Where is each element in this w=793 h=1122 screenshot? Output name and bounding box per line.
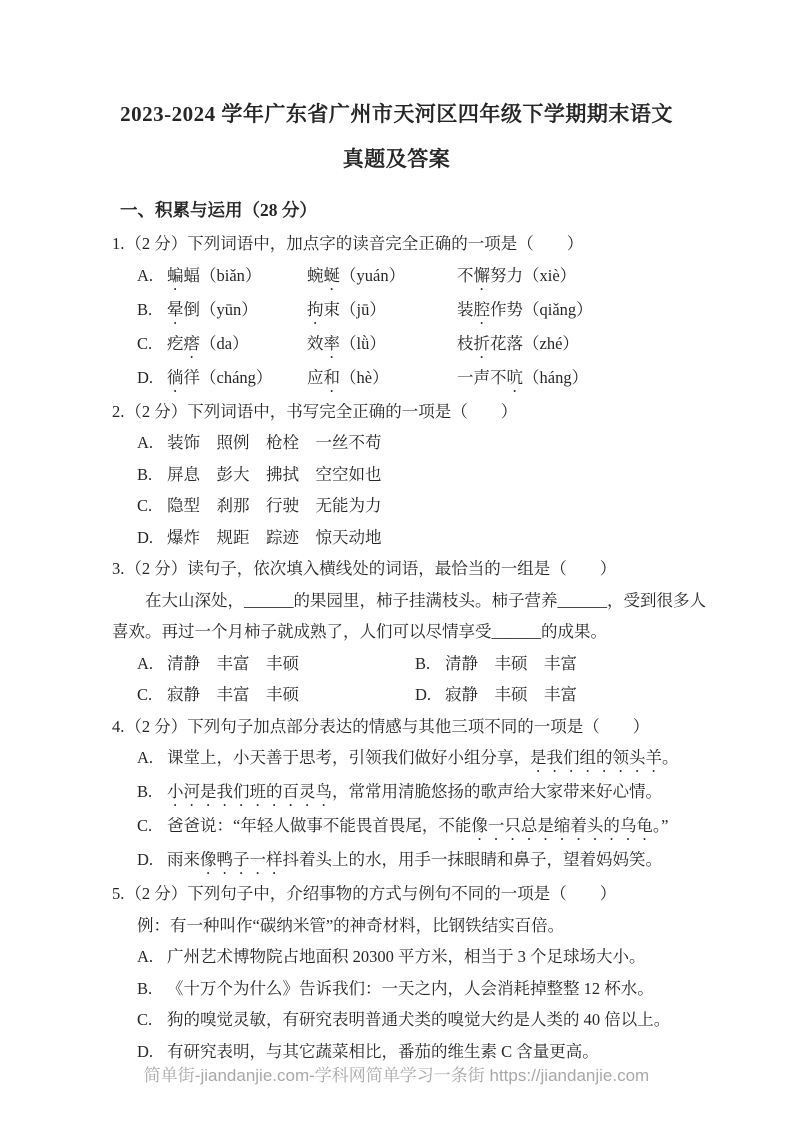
dotted-phrase: 像一只总是缩着头的乌龟 [471, 816, 653, 835]
option-label: D. [137, 844, 167, 878]
question-3-option-a: A.清静 丰富 丰硕 [137, 648, 415, 680]
option-label: C. [137, 490, 167, 522]
option-text: 屏息 彭大 拂拭 空空如也 [167, 459, 382, 491]
question-number: 3. [112, 559, 124, 578]
question-4-option-d: D.雨来像鸭子一样抖着头上的水，用手一抹眼睛和鼻子，望着妈妈笑。 [137, 844, 715, 878]
dotted-char: 吭 [507, 368, 524, 387]
question-2-option-b: B.屏息 彭大 拂拭 空空如也 [137, 459, 715, 491]
question-2-option-a: A.装饰 照例 枪栓 一丝不苟 [137, 427, 715, 459]
question-stem-text: （2 分）下列句子中，介绍事物的方式与例句不同的一项是（ ） [125, 884, 616, 903]
option-word-2: 应和（hè） [307, 362, 457, 396]
dotted-char: 瘩 [184, 334, 201, 353]
option-text: 广州艺术博物院占地面积 20300 平方米，相当于 3 个足球场大小。 [167, 941, 646, 973]
option-label: D. [415, 679, 445, 711]
question-number: 1. [112, 234, 124, 253]
option-label: B. [137, 294, 167, 328]
question-4-option-b: B.小河是我们班的百灵鸟，常常用清脆悠扬的歌声给大家带来好心情。 [137, 776, 715, 810]
dotted-phrase: 是我们组的领头羊 [530, 748, 662, 767]
question-stem-text: （2 分）读句子，依次填入横线处的词语，最恰当的一组是（ ） [125, 559, 616, 578]
option-label: A. [137, 260, 167, 294]
option-label: D. [137, 1036, 167, 1068]
question-3-option-d: D.寂静 丰硕 丰富 [415, 679, 715, 711]
option-text: 雨来像鸭子一样抖着头上的水，用手一抹眼睛和鼻子，望着妈妈笑。 [167, 844, 662, 878]
question-number: 5. [112, 884, 124, 903]
dotted-phrase: 像鸭子一样 [200, 850, 283, 869]
option-text: 爸爸说：“年轻人做事不能畏首畏尾，不能像一只总是缩着头的乌龟。” [167, 810, 668, 844]
dotted-char: 晕 [167, 300, 184, 319]
dotted-char: 腔 [474, 300, 491, 319]
question-1-option-c: C. 疙瘩（da） 效率（lǜ） 枝折花落（zhé） [137, 328, 715, 362]
option-text: 爆炸 规距 踪迹 惊天动地 [167, 522, 382, 554]
option-text: 清静 丰硕 丰富 [445, 648, 577, 680]
question-5-option-a: A.广州艺术博物院占地面积 20300 平方米，相当于 3 个足球场大小。 [137, 941, 715, 973]
option-word-1: 徜徉（cháng） [167, 362, 307, 396]
dotted-char: 拘 [307, 300, 324, 319]
question-2-stem: 2.（2 分）下列词语中，书写完全正确的一项是（ ） [112, 396, 715, 428]
option-label: A. [137, 427, 167, 459]
question-2: 2.（2 分）下列词语中，书写完全正确的一项是（ ） A.装饰 照例 枪栓 一丝… [112, 396, 715, 554]
question-stem-text: （2 分）下列词语中，加点字的读音完全正确的一项是（ ） [125, 234, 583, 253]
page-title-line1: 2023-2024 学年广东省广州市天河区四年级下学期期末语文 [58, 92, 735, 137]
question-5-option-d: D.有研究表明，与其它蔬菜相比，番茄的维生素 C 含量更高。 [137, 1036, 715, 1068]
option-text: 寂静 丰硕 丰富 [445, 679, 577, 711]
question-2-option-d: D.爆炸 规距 踪迹 惊天动地 [137, 522, 715, 554]
question-3-option-c: C.寂静 丰富 丰硕 [137, 679, 415, 711]
question-1-option-d: D. 徜徉（cháng） 应和（hè） 一声不吭（háng） [137, 362, 715, 396]
exam-paper-page: 2023-2024 学年广东省广州市天河区四年级下学期期末语文 真题及答案 一、… [0, 0, 793, 1122]
question-number: 4. [112, 717, 124, 736]
option-label: C. [137, 810, 167, 844]
question-3: 3.（2 分）读句子，依次填入横线处的词语，最恰当的一组是（ ） 在大山深处，_… [112, 553, 715, 711]
question-1-stem: 1.（2 分）下列词语中，加点字的读音完全正确的一项是（ ） [112, 228, 715, 260]
option-text: 寂静 丰富 丰硕 [167, 679, 299, 711]
dotted-char: 蜒 [324, 266, 341, 285]
question-5-example: 例：有一种叫作“碳纳米管”的神奇材料，比钢铁结实百倍。 [137, 910, 715, 942]
option-label: C. [137, 679, 167, 711]
option-word-1: 蝙蝠（biǎn） [167, 260, 307, 294]
dotted-phrase: 小河是我们班的百灵鸟 [167, 782, 332, 801]
option-word-3: 枝折花落（zhé） [457, 328, 579, 362]
question-4: 4.（2 分）下列句子加点部分表达的情感与其他三项不同的一项是（ ） A.课堂上… [112, 711, 715, 879]
question-5: 5.（2 分）下列句子中，介绍事物的方式与例句不同的一项是（ ） 例：有一种叫作… [112, 878, 715, 1067]
option-label: B. [137, 776, 167, 810]
option-text: 课堂上，小天善于思考，引领我们做好小组分享，是我们组的领头羊。 [167, 742, 679, 776]
option-text: 清静 丰富 丰硕 [167, 648, 299, 680]
question-2-option-c: C.隐型 刹那 行驶 无能为力 [137, 490, 715, 522]
question-3-options-row-1: A.清静 丰富 丰硕 B.清静 丰硕 丰富 [137, 648, 715, 680]
option-word-3: 一声不吭（háng） [457, 362, 588, 396]
question-3-stem: 3.（2 分）读句子，依次填入横线处的词语，最恰当的一组是（ ） [112, 553, 715, 585]
section-heading: 一、积累与运用（28 分） [120, 195, 793, 225]
page-title: 2023-2024 学年广东省广州市天河区四年级下学期期末语文 真题及答案 [0, 0, 793, 182]
question-5-option-b: B.《十万个为什么》告诉我们：一天之内，人会消耗掉整整 12 杯水。 [137, 973, 715, 1005]
option-text: 狗的嗅觉灵敏，有研究表明普通犬类的嗅觉大约是人类的 40 倍以上。 [167, 1004, 670, 1036]
question-4-option-c: C.爸爸说：“年轻人做事不能畏首畏尾，不能像一只总是缩着头的乌龟。” [137, 810, 715, 844]
option-word-3: 不懈努力（xiè） [457, 260, 576, 294]
option-text: 有研究表明，与其它蔬菜相比，番茄的维生素 C 含量更高。 [167, 1036, 599, 1068]
option-text: 隐型 刹那 行驶 无能为力 [167, 490, 382, 522]
question-1: 1.（2 分）下列词语中，加点字的读音完全正确的一项是（ ） A. 蝙蝠（biǎ… [112, 228, 715, 396]
option-label: D. [137, 522, 167, 554]
page-title-line2: 真题及答案 [58, 137, 735, 182]
question-stem-text: （2 分）下列词语中，书写完全正确的一项是（ ） [125, 402, 517, 421]
question-3-options-row-2: C.寂静 丰富 丰硕 D.寂静 丰硕 丰富 [137, 679, 715, 711]
option-word-2: 蜿蜒（yuán） [307, 260, 457, 294]
option-word-2: 效率（lǜ） [307, 328, 457, 362]
question-3-passage: 在大山深处，______的果园里，柿子挂满枝头。柿子营养______，受到很多人… [112, 585, 715, 648]
option-label: A. [137, 648, 167, 680]
question-number: 2. [112, 402, 124, 421]
option-text: 《十万个为什么》告诉我们：一天之内，人会消耗掉整整 12 杯水。 [167, 973, 654, 1005]
question-5-stem: 5.（2 分）下列句子中，介绍事物的方式与例句不同的一项是（ ） [112, 878, 715, 910]
option-label: C. [137, 328, 167, 362]
question-stem-text: （2 分）下列句子加点部分表达的情感与其他三项不同的一项是（ ） [125, 717, 649, 736]
option-label: A. [137, 742, 167, 776]
option-word-2: 拘束（jū） [307, 294, 457, 328]
dotted-char: 蝙 [167, 266, 184, 285]
footer-watermark: 简单街-jiandanjie.com-学科网简单学习一条街 https://ji… [0, 1064, 793, 1088]
question-1-option-a: A. 蝙蝠（biǎn） 蜿蜒（yuán） 不懈努力（xiè） [137, 260, 715, 294]
dotted-char: 和 [324, 368, 341, 387]
question-1-option-b: B. 晕倒（yūn） 拘束（jū） 装腔作势（qiǎng） [137, 294, 715, 328]
option-label: D. [137, 362, 167, 396]
dotted-char: 徜 [167, 368, 184, 387]
dotted-char: 率 [324, 334, 341, 353]
option-text: 小河是我们班的百灵鸟，常常用清脆悠扬的歌声给大家带来好心情。 [167, 776, 662, 810]
option-word-1: 晕倒（yūn） [167, 294, 307, 328]
option-label: B. [137, 459, 167, 491]
question-4-option-a: A.课堂上，小天善于思考，引领我们做好小组分享，是我们组的领头羊。 [137, 742, 715, 776]
option-word-3: 装腔作势（qiǎng） [457, 294, 593, 328]
option-text: 装饰 照例 枪栓 一丝不苟 [167, 427, 382, 459]
option-label: A. [137, 941, 167, 973]
question-3-option-b: B.清静 丰硕 丰富 [415, 648, 715, 680]
question-5-option-c: C.狗的嗅觉灵敏，有研究表明普通犬类的嗅觉大约是人类的 40 倍以上。 [137, 1004, 715, 1036]
question-4-stem: 4.（2 分）下列句子加点部分表达的情感与其他三项不同的一项是（ ） [112, 711, 715, 743]
option-label: B. [137, 973, 167, 1005]
questions-area: 1.（2 分）下列词语中，加点字的读音完全正确的一项是（ ） A. 蝙蝠（biǎ… [112, 228, 715, 1067]
dotted-char: 折 [474, 334, 491, 353]
option-label: C. [137, 1004, 167, 1036]
option-label: B. [415, 648, 445, 680]
dotted-char: 懈 [474, 266, 491, 285]
option-word-1: 疙瘩（da） [167, 328, 307, 362]
